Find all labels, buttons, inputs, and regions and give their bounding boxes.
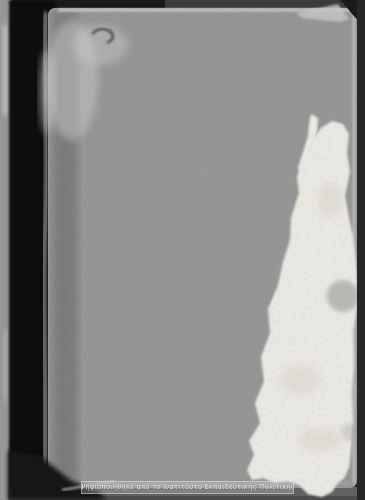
- book-cover-illustration: [0, 0, 365, 500]
- left-strip-streak-lower: [3, 330, 8, 400]
- digitization-caption-text: Ψηφιοποιήθηκε από το Ινστιτούτο Εκπαιδευ…: [81, 484, 294, 491]
- digitization-caption-bar: Ψηφιοποιήθηκε από το Ινστιτούτο Εκπαιδευ…: [81, 481, 294, 494]
- scanned-book-cover-page: Ψηφιοποιήθηκε από το Ινστιτούτο Εκπαιδευ…: [0, 0, 365, 500]
- stain-mark: [327, 280, 359, 312]
- left-strip-streak: [2, 25, 8, 115]
- spine-wear-blob: [39, 50, 55, 134]
- stain-mark-small: [341, 423, 359, 441]
- right-margin-strip: [357, 0, 365, 500]
